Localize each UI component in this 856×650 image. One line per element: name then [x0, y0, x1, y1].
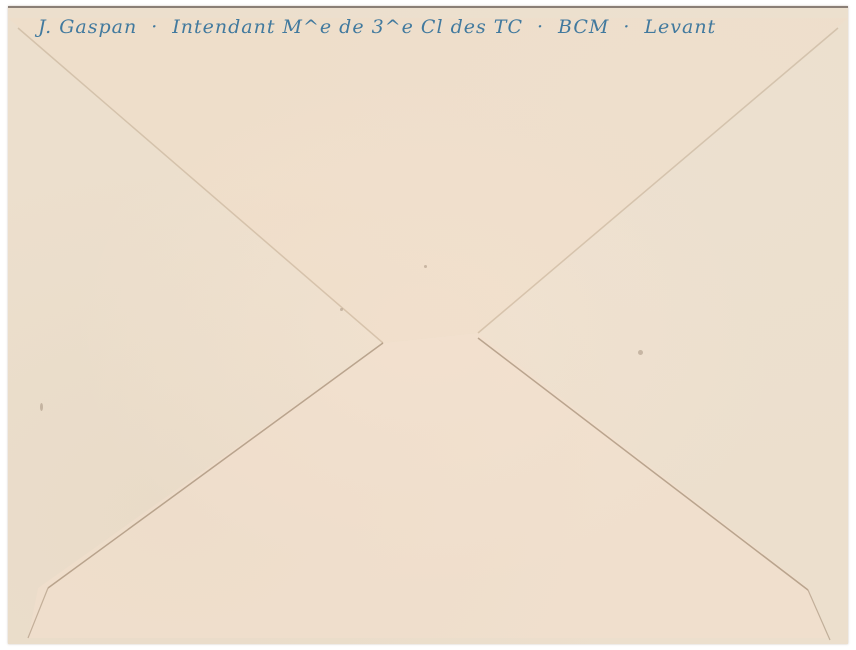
sender-unit: BCM	[558, 16, 609, 38]
envelope-back: J. Gaspan · Intendant M^e de 3^e Cl des …	[8, 6, 848, 644]
sender-name: J. Gaspan	[38, 16, 137, 38]
sender-region: Levant	[644, 16, 716, 38]
ink-speck	[638, 350, 643, 355]
separator: ·	[537, 16, 544, 38]
envelope-flap-seams	[8, 8, 848, 644]
ink-speck	[340, 308, 343, 311]
ink-speck	[424, 265, 427, 268]
sender-title: Intendant M^e de 3^e Cl des TC	[172, 16, 523, 38]
separator: ·	[151, 16, 158, 38]
separator: ·	[623, 16, 630, 38]
ink-speck	[40, 403, 43, 411]
sender-handwriting: J. Gaspan · Intendant M^e de 3^e Cl des …	[38, 10, 838, 44]
